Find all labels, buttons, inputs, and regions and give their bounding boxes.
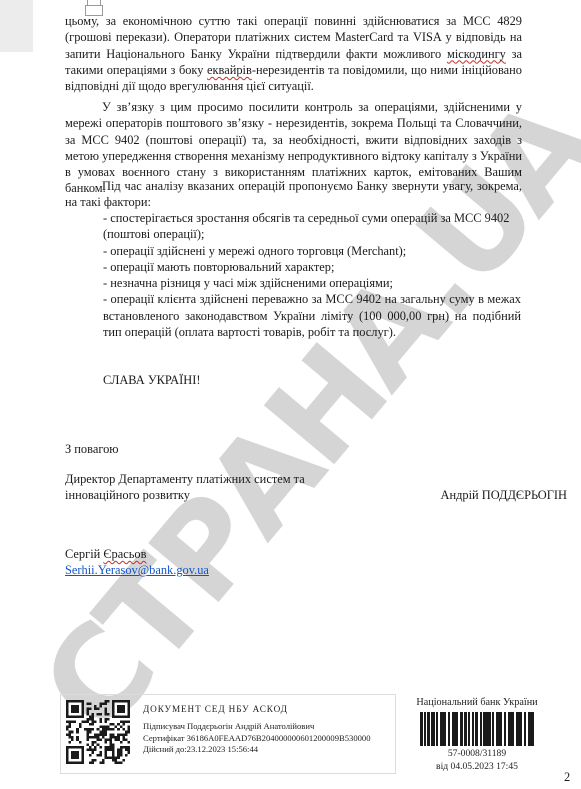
contact-block: Сергій Єрасьов Serhii.Yerasov@bank.gov.u…	[65, 546, 209, 579]
signer-name: Андрій ПОДДЄРЬОГІН	[441, 487, 568, 503]
misspelled-word: міскодингу	[447, 47, 506, 61]
contact-first-name: Сергій	[65, 547, 103, 561]
list-item: - спостерігається зростання обсягів та с…	[103, 210, 521, 243]
list-item: - операції клієнта здійснені переважно з…	[103, 291, 521, 340]
list-item: - незначна різниця у часі між здійсненим…	[103, 275, 521, 291]
regards-line: З повагою	[65, 441, 119, 457]
list-item: - операції мають повторювальний характер…	[103, 259, 521, 275]
qr-code	[66, 700, 130, 764]
list-item-line: (поштові операції);	[103, 226, 521, 242]
factors-list: - спостерігається зростання обсягів та с…	[103, 210, 521, 340]
signature-block: Директор Департаменту платіжних систем т…	[65, 471, 567, 504]
misspelled-word: еквайрів	[207, 63, 252, 77]
page-number: 2	[564, 770, 570, 785]
contact-person: Сергій Єрасьов	[65, 546, 209, 562]
paragraph-factors-intro: Під час аналізу вказаних операцій пропон…	[65, 178, 522, 211]
contact-last-name: Єрасьов	[103, 547, 146, 561]
registration-number: 57-0008/31189	[398, 748, 556, 761]
eds-stamp-text: ДОКУМЕНТ СЕД НБУ АСКОД Підписувач Поддєр…	[143, 704, 371, 756]
eds-certificate: Сертифікат 36186A0FEAAD76B20400000060120…	[143, 733, 371, 744]
registration-date: від 04.05.2023 17:45	[398, 761, 556, 774]
list-item: - операції здійснені у мережі одного тор…	[103, 243, 521, 259]
closing-slogan: СЛАВА УКРАЇНІ!	[103, 372, 200, 388]
signer-title-line2: інноваційного розвитку	[65, 487, 190, 503]
signer-title-line1: Директор Департаменту платіжних систем т…	[65, 471, 567, 487]
eds-stamp: ДОКУМЕНТ СЕД НБУ АСКОД Підписувач Поддєр…	[60, 694, 396, 774]
eds-title: ДОКУМЕНТ СЕД НБУ АСКОД	[143, 704, 371, 715]
registration-stamp: Національний банк України 57-0008/31189 …	[398, 697, 556, 773]
page-content: цьому, за економічною суттю такі операці…	[0, 0, 581, 789]
barcode	[420, 712, 534, 746]
eds-valid-until: Дійсний до:23.12.2023 15:56:44	[143, 744, 371, 755]
page-corner-band	[0, 0, 33, 52]
registration-org: Національний банк України	[398, 697, 556, 709]
contact-email-link[interactable]: Serhii.Yerasov@bank.gov.ua	[65, 563, 209, 577]
eds-signer: Підписувач Поддєрьогін Андрій Анатолійов…	[143, 721, 371, 732]
paragraph-mcc-4829: цьому, за економічною суттю такі операці…	[65, 13, 522, 94]
list-item-line: - спостерігається зростання обсягів та с…	[103, 210, 521, 226]
document-page: СТРАНА.UA цьому, за економічною суттю та…	[0, 0, 581, 789]
